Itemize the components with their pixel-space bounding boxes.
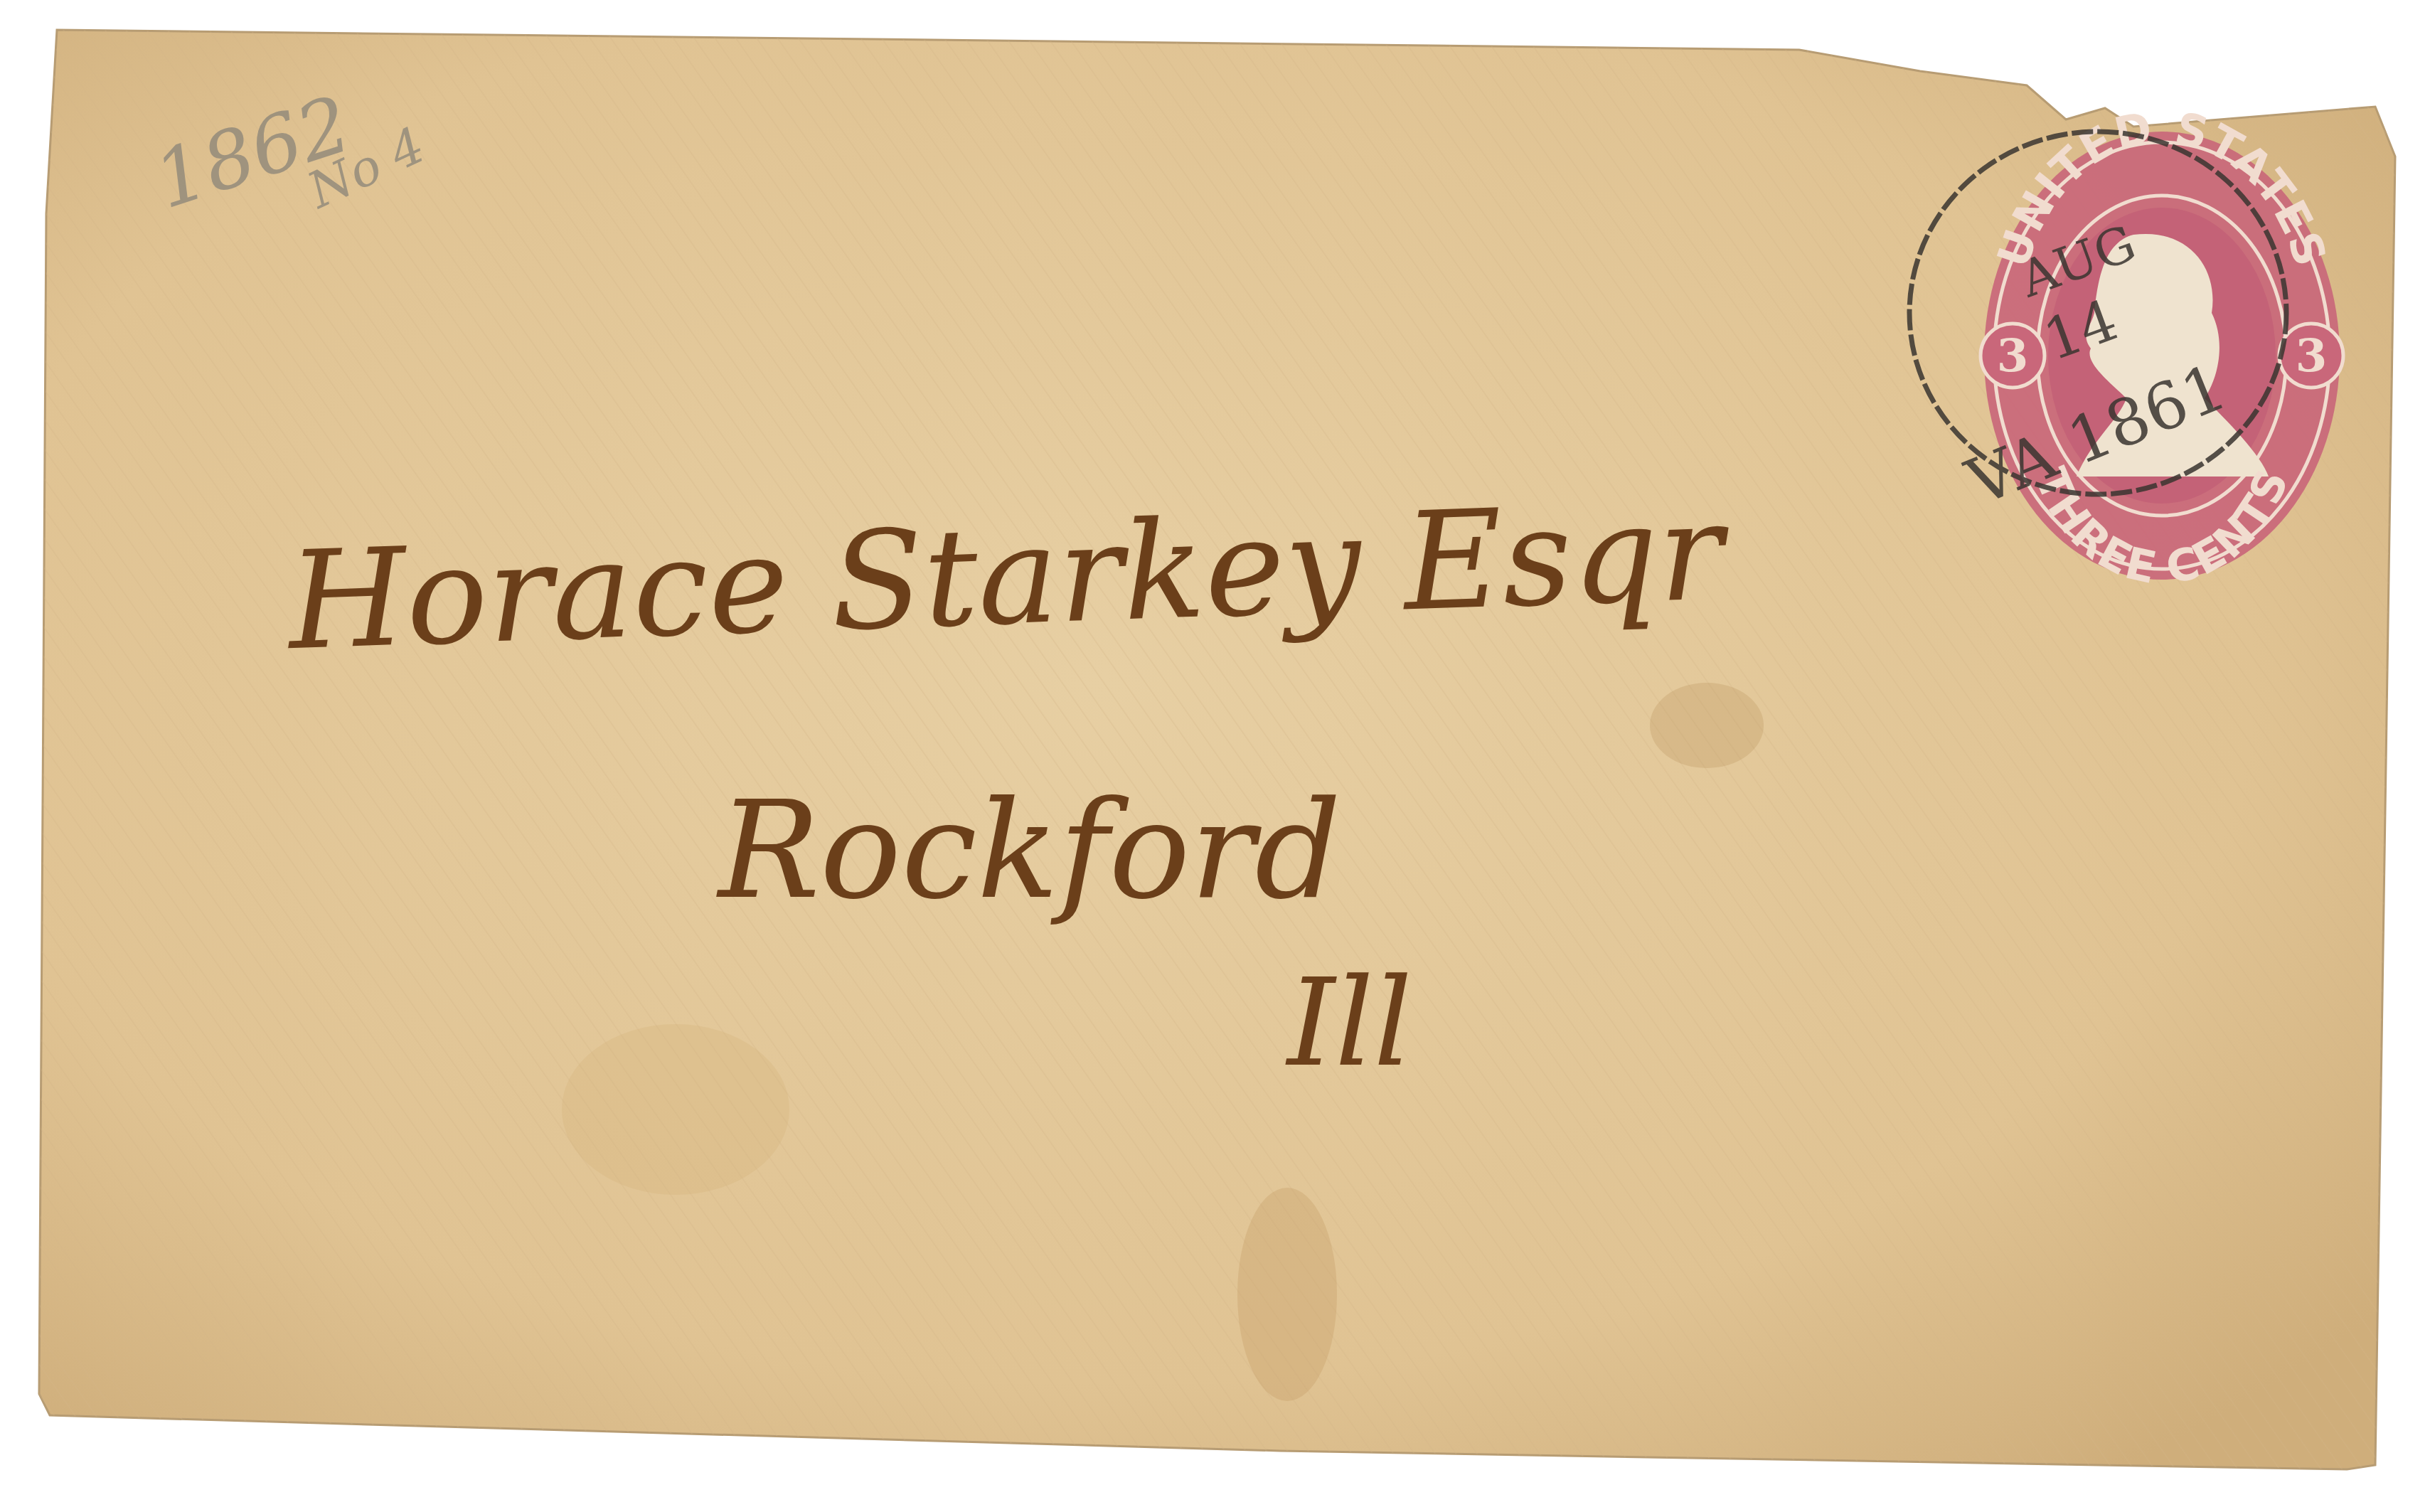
stamp-text-layer: UNITED STATES THREE CENTS 3 3 AUG 14 VA … — [0, 0, 2430, 1512]
address-line-state: Ill — [1287, 953, 1412, 1094]
postmark: AUG 14 VA 1861 — [1909, 132, 2286, 521]
envelope-scan: UNITED STATES THREE CENTS 3 3 AUG 14 VA … — [0, 0, 2430, 1512]
stamp-value-right: 3 — [2296, 329, 2328, 383]
address-line-city: Rockford — [718, 772, 1341, 929]
stamp-value-left: 3 — [1997, 329, 2029, 383]
